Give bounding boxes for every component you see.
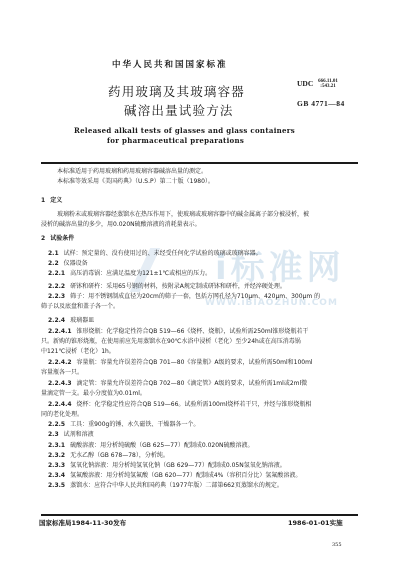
udc-code: UDC 666.11.01 :543.21 — [297, 79, 338, 89]
clause-2-2-4-4-line-2: 同的老化处理。 — [41, 411, 83, 419]
clause-2-2-4-1-line-3: 中121℃浸析（老化）1h。 — [41, 348, 115, 356]
clause-2-2-4-2-line-1: 2.2.4.2容量瓶：容量允许误差符合QB 701—80《容量瓶》A级的要求，试… — [48, 359, 313, 367]
clause-2-3-2: 2.3.2无水乙醇（GB 678—78），分析纯。 — [48, 452, 169, 460]
intro-line-1: 本标准适用于药用玻璃和药用玻璃容器碱溶出量的测定。 — [57, 168, 207, 176]
intro-line-2: 本标准等效采用《美国药典》（U.S.P）第二十版（1980）。 — [57, 178, 214, 186]
english-title-line-1: Released alkali tests of glasses and gla… — [74, 126, 295, 135]
section-1-heading: 1定义 — [41, 197, 62, 205]
gb-standard-number: GB 4771—84 — [297, 99, 345, 108]
clause-2-1: 2.1试样：预定量的、没有使用过的、未经受任何化学试验的玻璃或玻璃容器。 — [48, 250, 262, 258]
issued-date: 国家标准局1984-11-30发布 — [39, 518, 126, 527]
clause-2-2-4: 2.2.4玻璃器皿 — [48, 317, 94, 325]
clause-2-3-1: 2.3.1硫酸溶液：用分析纯硫酸（GB 625—77）配制成0.020N硫酸溶液… — [48, 442, 254, 450]
issuing-organization: 中华人民共和国国家标准 — [112, 58, 228, 70]
clause-2-2-4-3-line-1: 2.2.4.3滴定管：容量允许误差符合QB 702—80《滴定管》A级的要求，试… — [48, 380, 307, 388]
udc-number-line-2: :543.21 — [320, 84, 335, 89]
section-1-para-line-1: 玻璃粉末或玻璃容器经蒸馏水在热压作用下，使玻璃或玻璃容器中的碱金属离子部分被浸析… — [57, 211, 309, 219]
clause-2-2-3-line-2: 筛子以及底盘和盖子各一个。 — [41, 303, 119, 311]
clause-2-3: 2.3试剂和溶液 — [48, 431, 94, 439]
clause-2-3-3: 2.3.3氢氧化钠溶液：用分析纯氢氧化钠（GB 629—77）配制成0.05N氢… — [48, 462, 286, 470]
clause-2-3-4: 2.3.4氢氟酸溶液：用分析纯氢氟酸（GB 620—77）配制成4%（容积百分比… — [48, 472, 301, 480]
english-title-line-2: for pharmaceutical preparations — [107, 136, 244, 145]
page-number: 355 — [332, 542, 342, 548]
clause-2-2-4-3-line-2: 量滴定管一支。最小分度值为0.01ml。 — [41, 390, 146, 398]
clause-2-2: 2.2仪器设备 — [48, 260, 88, 268]
title-line-1: 药用玻璃及其玻璃容器 — [108, 82, 245, 100]
clause-2-2-1: 2.2.1高压消毒锅：应满足温度为121±1℃或相应的压力。 — [48, 270, 211, 278]
effective-date: 1986-01-01实施 — [288, 518, 343, 527]
clause-2-2-4-4-line-1: 2.2.4.4烧杯：化学稳定性应符合QB 519—66。试验所需100ml烧杯若… — [48, 401, 311, 409]
clause-2-2-4-1-line-2: 只。新购的锥形烧瓶，在使用前应先用蒸馏水在90℃水浴中浸析（老化）至少24h或在… — [41, 338, 301, 346]
clause-2-2-2: 2.2.2研钵和研杵：采用65号钢的材料，按附录A规定制成研钵和研杵，并经淬硬处… — [48, 283, 286, 291]
section-2-heading: 2试验条件 — [41, 235, 74, 243]
clause-2-3-5: 2.3.5蒸馏水：应符合中华人民共和国药典（1977年版）二部第662页蒸馏水的… — [48, 482, 283, 490]
section-1-para-line-2: 浸析的碱溶出量的多少，用0.020N硫酸溶液的消耗量表示。 — [41, 221, 201, 229]
clause-2-2-4-1-line-1: 2.2.4.1锥形烧瓶：化学稳定性符合QB 519—66《烧杯、烧瓶》，试验所需… — [48, 328, 308, 336]
udc-number: 666.11.01 :543.21 — [318, 79, 338, 89]
header-divider — [41, 162, 358, 164]
udc-label: UDC — [297, 79, 313, 88]
clause-2-2-3-line-1: 2.2.3筛子：用不锈钢制成直径为20cm的筛子一套，包括方网孔径为710μm、… — [48, 293, 320, 301]
watermark-text: i标准网 — [215, 240, 345, 289]
footer-divider — [41, 514, 358, 516]
clause-2-2-5: 2.2.5工具：重900g的锤、永久磁铁、干燥器各一个。 — [48, 421, 199, 429]
clause-2-2-4-2-line-2: 容量瓶各一只。 — [41, 369, 83, 377]
title-line-2: 碱溶出量试验方法 — [124, 101, 234, 119]
